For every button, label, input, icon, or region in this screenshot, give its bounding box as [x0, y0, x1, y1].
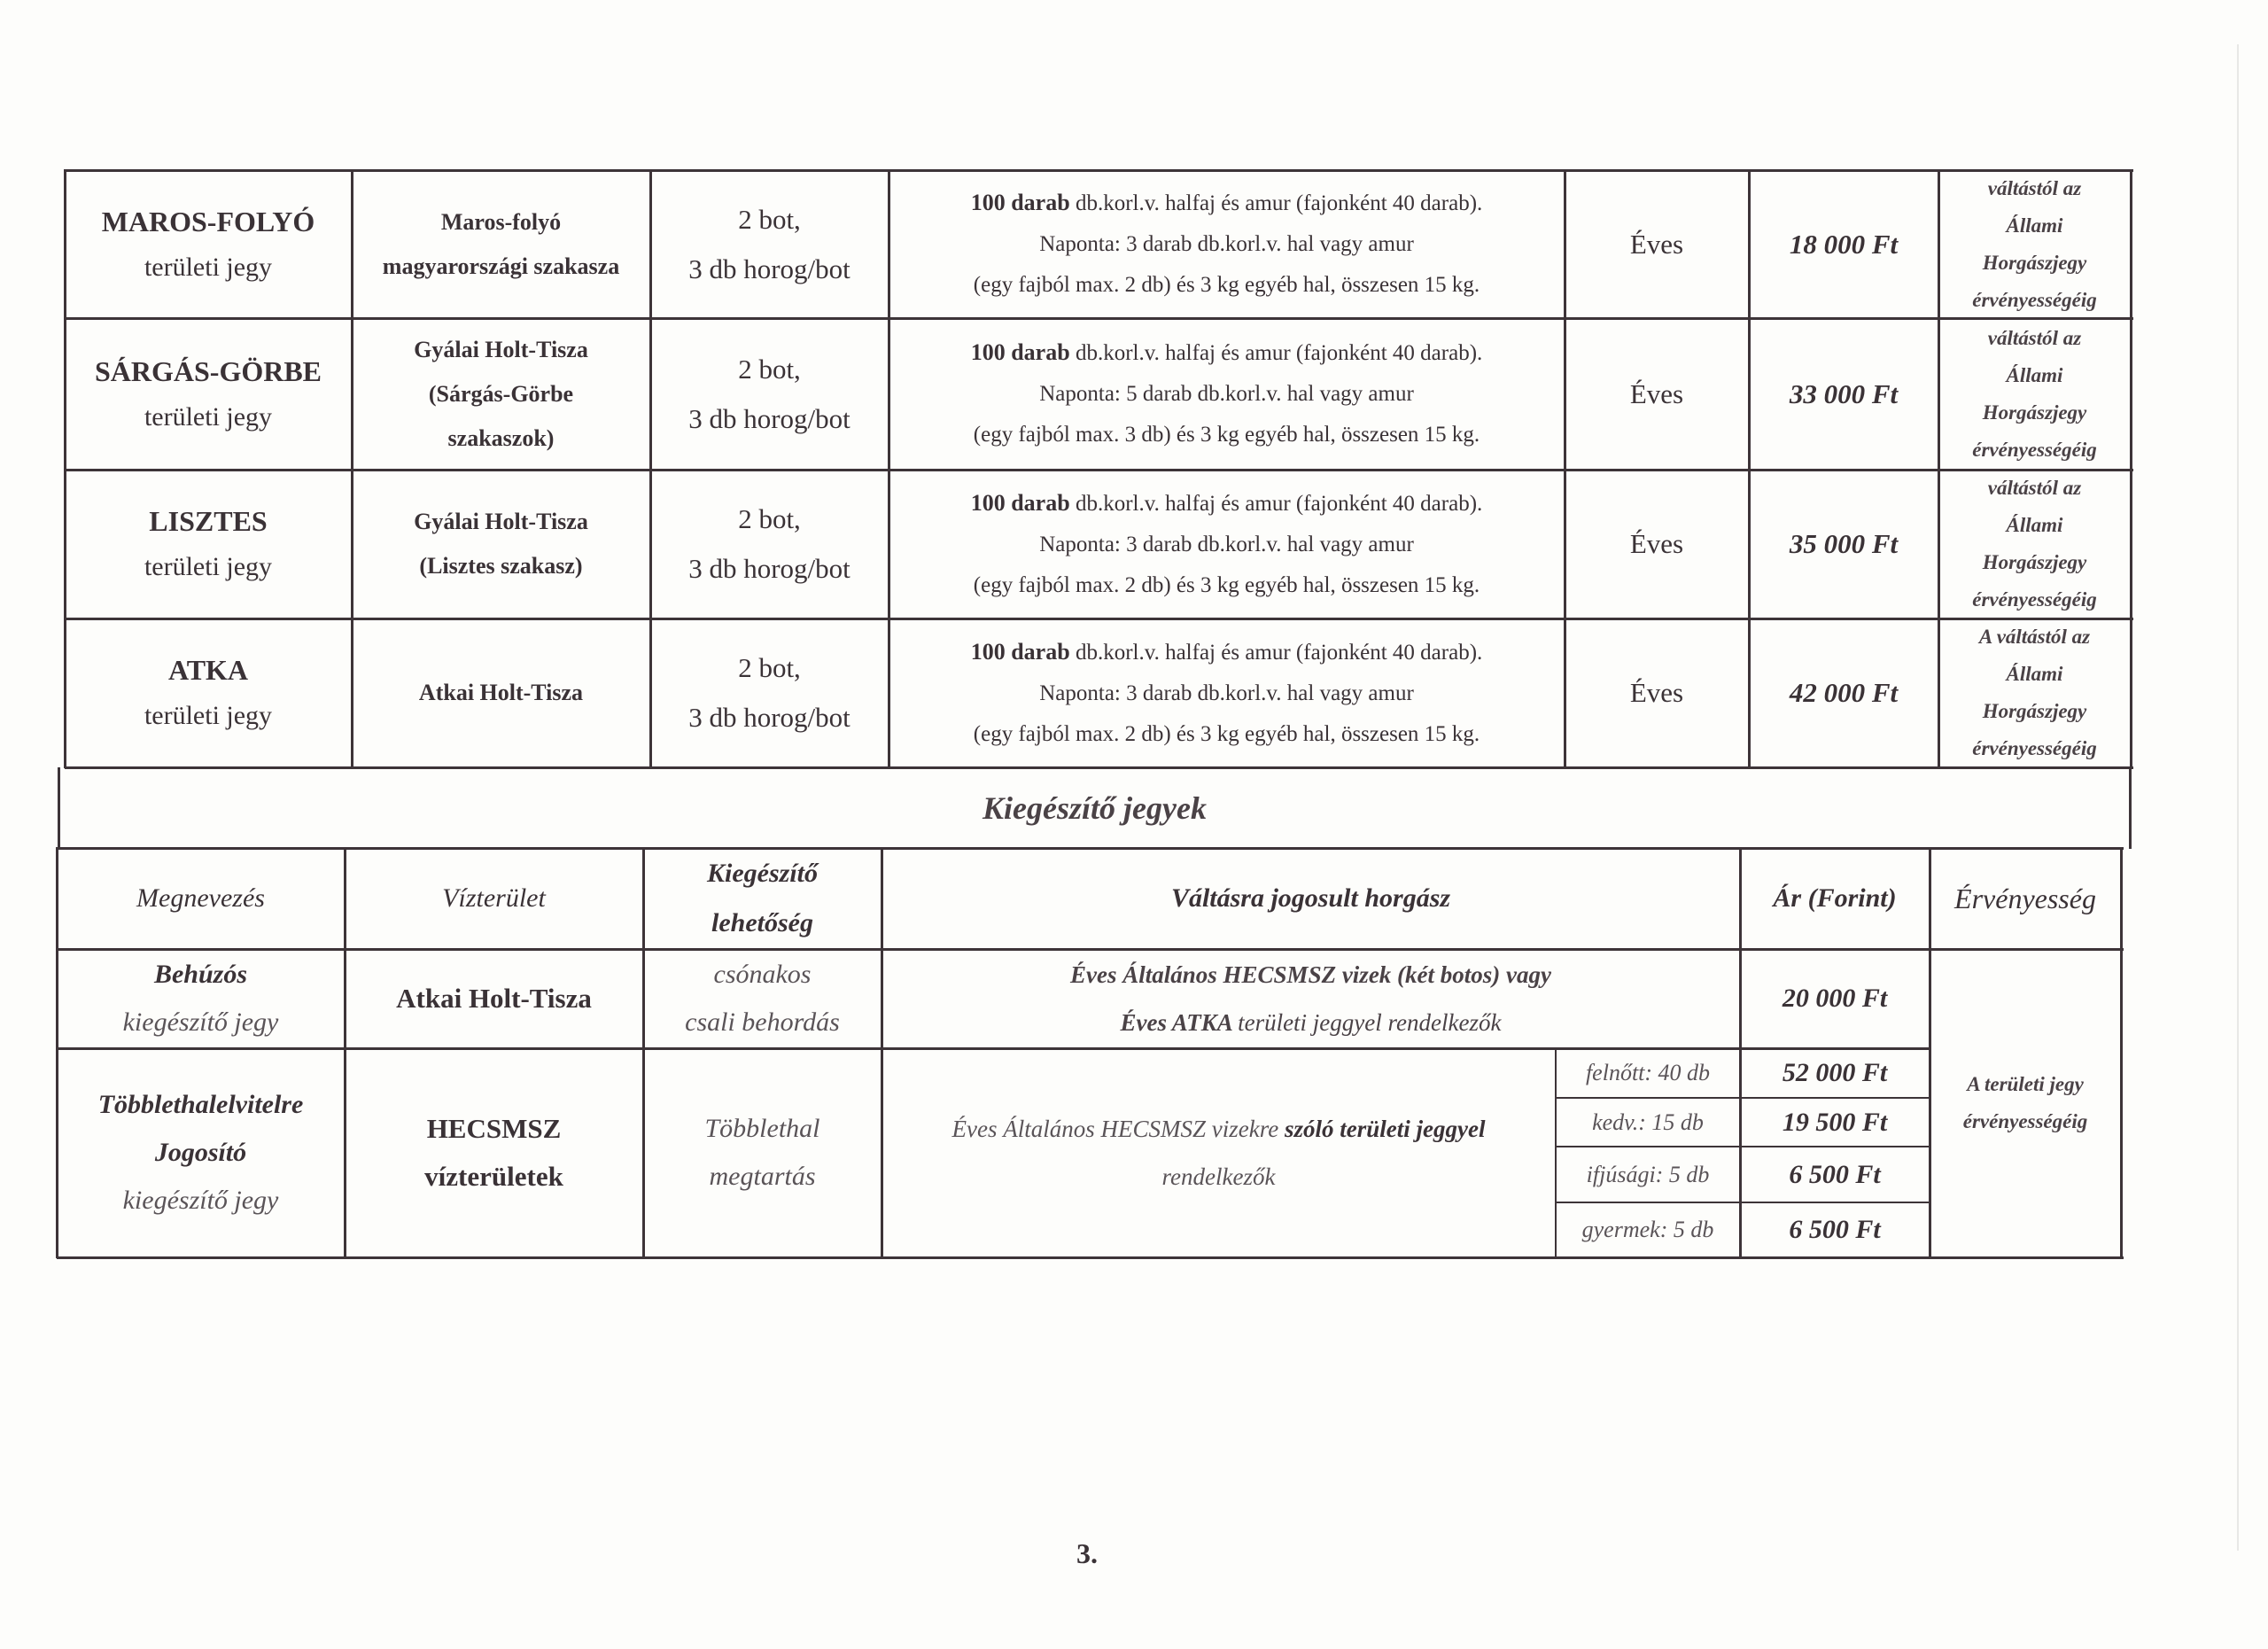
tier-price-cell: 52 000 Ft [1740, 1048, 1930, 1098]
tier-label: felnőtt: 40 db [1586, 1060, 1710, 1086]
tier-price: 6 500 Ft [1789, 1215, 1880, 1245]
ticket-water-line: Atkai Holt-Tisza [419, 671, 583, 715]
limit-line2: Naponta: 3 darab db.korl.v. hal vagy amu… [1039, 525, 1414, 565]
ticket-period-cell: Éves [1565, 318, 1749, 470]
ticket-validity-line: érvényességéig [1972, 581, 2097, 618]
row-tobblethal-eligible: Éves Általános HECSMSZ vizekre szóló ter… [882, 1048, 1556, 1257]
ticket-period: Éves [1630, 677, 1683, 709]
limit-text: db.korl.v. halfaj és amur (fajonként 40 … [1076, 341, 1482, 365]
limit-bold: 100 darab [971, 490, 1070, 516]
tier-label: ifjúsági: 5 db [1587, 1162, 1710, 1188]
ticket-price-cell: 18 000 Ft [1749, 170, 1938, 318]
ticket-period-cell: Éves [1565, 618, 1749, 767]
ticket-rods-cell: 2 bot,3 db horog/bot [650, 618, 889, 767]
tier-label: kedv.: 15 db [1592, 1109, 1704, 1136]
ticket-validity-cell: váltástól azÁllamiHorgászjegyérvényesség… [1938, 170, 2131, 318]
ticket-period-cell: Éves [1565, 470, 1749, 618]
validity-line2: érvényességéig [1963, 1103, 2088, 1140]
limit-line3: (egy fajból max. 2 db) és 3 kg egyéb hal… [974, 714, 1480, 755]
eligible-post: területi jeggyel rendelkezők [1238, 1009, 1501, 1036]
limit-line3: (egy fajból max. 2 db) és 3 kg egyéb hal… [974, 565, 1480, 606]
header-option-line1: Kiegészítő [707, 849, 818, 898]
header-water: Vízterület [345, 848, 643, 949]
ticket-validity-cell: A váltástól azÁllamiHorgászjegyérvényess… [1938, 618, 2131, 767]
row-tobblethal-water: HECSMSZ vízterületek [345, 1048, 643, 1257]
ticket-price: 33 000 Ft [1790, 378, 1898, 410]
ticket-rods-line: 3 db horog/bot [688, 245, 850, 294]
ticket-water-cell: Gyálai Holt-Tisza(Sárgás-Görbeszakaszok) [352, 318, 650, 470]
behuzos-eligible-line1: Éves Általános HECSMSZ vizek (két botos)… [1070, 951, 1551, 999]
behuzos-option-line2: csali behordás [685, 999, 840, 1046]
ticket-rods-cell: 2 bot,3 db horog/bot [650, 318, 889, 470]
supplementary-validity: A területi jegy érvényességéig [1930, 949, 2121, 1257]
row-behuzos-name: Behúzós kiegészítő jegy [57, 949, 345, 1048]
ticket-validity-line: Állami [2007, 656, 2063, 693]
limit-line2: Naponta: 5 darab db.korl.v. hal vagy amu… [1039, 374, 1414, 415]
tier-label-cell: gyermek: 5 db [1556, 1202, 1740, 1257]
limit-line1: 100 darab db.korl.v. halfaj és amur (faj… [971, 632, 1483, 673]
validity-line1: A területi jegy [1967, 1066, 2084, 1103]
ticket-price: 18 000 Ft [1790, 229, 1898, 261]
row-tobblethal-name: Többlethalelvitelre Jogosító kiegészítő … [57, 1048, 345, 1257]
ticket-limits-cell: 100 darab db.korl.v. halfaj és amur (faj… [889, 618, 1565, 767]
ticket-validity-line: váltástól az [1988, 170, 2081, 207]
ticket-rods-line: 2 bot, [738, 345, 801, 394]
header-option: Kiegészítő lehetőség [643, 848, 882, 949]
scan-edge [2237, 44, 2239, 1551]
ticket-period: Éves [1630, 528, 1683, 560]
tier-price: 52 000 Ft [1783, 1058, 1887, 1088]
section-header: Kiegészítő jegyek [58, 767, 2131, 848]
ticket-validity-line: Horgászjegy [1983, 544, 2087, 581]
tobblethal-title-line1: Többlethalelvitelre [98, 1081, 304, 1129]
ticket-limits-cell: 100 darab db.korl.v. halfaj és amur (faj… [889, 470, 1565, 618]
ticket-rods-line: 3 db horog/bot [688, 394, 850, 444]
ticket-validity-line: Horgászjegy [1983, 245, 2087, 282]
behuzos-water: Atkai Holt-Tisza [396, 975, 592, 1023]
tier-price-cell: 6 500 Ft [1740, 1147, 1930, 1202]
tier-price-cell: 19 500 Ft [1740, 1098, 1930, 1147]
tier-price: 6 500 Ft [1789, 1160, 1880, 1190]
limit-line3: (egy fajból max. 3 db) és 3 kg egyéb hal… [974, 415, 1480, 455]
ticket-type: területi jegy [144, 394, 272, 440]
behuzos-title: Behúzós [154, 951, 247, 999]
ticket-validity-line: Állami [2007, 507, 2063, 544]
limit-text: db.korl.v. halfaj és amur (fajonként 40 … [1076, 191, 1482, 215]
ticket-validity-line: Állami [2007, 207, 2063, 245]
limit-text: db.korl.v. halfaj és amur (fajonként 40 … [1076, 492, 1482, 516]
page-number: 3. [1076, 1537, 1098, 1570]
ticket-water-line: Maros-folyó [441, 200, 561, 245]
ticket-name: ATKA [168, 647, 248, 693]
ticket-rods-cell: 2 bot,3 db horog/bot [650, 470, 889, 618]
ticket-rods-line: 3 db horog/bot [688, 693, 850, 743]
eligible-bold: ATKA [1172, 1009, 1232, 1036]
ticket-name: LISZTES [149, 498, 267, 544]
ticket-name-cell: MAROS-FOLYÓterületi jegy [65, 170, 352, 318]
ticket-period-cell: Éves [1565, 170, 1749, 318]
ticket-validity-line: érvényességéig [1972, 730, 2097, 767]
tobblethal-water-line1: HECSMSZ [427, 1105, 562, 1153]
ticket-validity-line: váltástól az [1988, 320, 2081, 357]
header-price-text: Ár (Forint) [1773, 874, 1896, 923]
tobblethal-water-line2: vízterületek [424, 1153, 563, 1201]
tier-label-cell: kedv.: 15 db [1556, 1098, 1740, 1147]
limit-bold: 100 darab [971, 190, 1070, 215]
limit-line1: 100 darab db.korl.v. halfaj és amur (faj… [971, 332, 1483, 374]
ticket-type: területi jegy [144, 245, 272, 291]
ticket-rods-cell: 2 bot,3 db horog/bot [650, 170, 889, 318]
ticket-validity-cell: váltástól azÁllamiHorgászjegyérvényesség… [1938, 318, 2131, 470]
row-behuzos-price: 20 000 Ft [1740, 949, 1930, 1048]
ticket-name: SÁRGÁS-GÖRBE [95, 348, 322, 394]
ticket-validity-line: Horgászjegy [1983, 394, 2087, 432]
ticket-price-cell: 42 000 Ft [1749, 618, 1938, 767]
ticket-period: Éves [1630, 229, 1683, 261]
eligible-bold: szóló területi jeggyel [1285, 1116, 1485, 1142]
ticket-price: 42 000 Ft [1790, 677, 1898, 709]
header-option-line2: lehetőség [711, 898, 813, 948]
ticket-water-line: magyarországi szakasza [383, 245, 619, 289]
ticket-validity-line: érvényességéig [1972, 432, 2097, 469]
tobblethal-eligible-line2: rendelkezők [1162, 1153, 1276, 1201]
ticket-validity-line: érvényességéig [1972, 282, 2097, 319]
ticket-name: MAROS-FOLYÓ [102, 198, 315, 245]
tobblethal-subtitle: kiegészítő jegy [123, 1177, 279, 1225]
tobblethal-option-line2: megtartás [710, 1153, 816, 1201]
row-behuzos-eligible: Éves Általános HECSMSZ vizek (két botos)… [882, 949, 1740, 1048]
row-behuzos-option: csónakos csali behordás [643, 949, 882, 1048]
eligible-pre: Éves Általános HECSMSZ vizekre [952, 1116, 1279, 1142]
limit-line3: (egy fajból max. 2 db) és 3 kg egyéb hal… [974, 265, 1480, 306]
ticket-type: területi jegy [144, 544, 272, 590]
tier-price-cell: 6 500 Ft [1740, 1202, 1930, 1257]
ticket-rods-line: 2 bot, [738, 643, 801, 693]
eligible-pre: Éves [1121, 1009, 1167, 1036]
ticket-type: területi jegy [144, 693, 272, 739]
ticket-water-line: (Sárgás-Görbe [429, 372, 573, 416]
ticket-water-cell: Maros-folyómagyarországi szakasza [352, 170, 650, 318]
ticket-name-cell: LISZTESterületi jegy [65, 470, 352, 618]
row-tobblethal-option: Többlethal megtartás [643, 1048, 882, 1257]
limit-line1: 100 darab db.korl.v. halfaj és amur (faj… [971, 483, 1483, 525]
ticket-validity-line: Állami [2007, 357, 2063, 394]
ticket-rods-line: 3 db horog/bot [688, 544, 850, 594]
ticket-name-cell: SÁRGÁS-GÖRBEterületi jegy [65, 318, 352, 470]
limit-text: db.korl.v. halfaj és amur (fajonként 40 … [1076, 641, 1482, 665]
behuzos-price: 20 000 Ft [1783, 984, 1887, 1014]
header-validity: Érvényesség [1930, 848, 2121, 949]
behuzos-subtitle: kiegészítő jegy [123, 999, 279, 1046]
tier-label-cell: ifjúsági: 5 db [1556, 1147, 1740, 1202]
limit-line2: Naponta: 3 darab db.korl.v. hal vagy amu… [1039, 673, 1414, 714]
header-eligible: Váltásra jogosult horgász [882, 848, 1740, 949]
ticket-water-line: Gyálai Holt-Tisza [414, 328, 588, 372]
behuzos-option-line1: csónakos [714, 951, 812, 999]
ticket-validity-cell: váltástól azÁllamiHorgászjegyérvényesség… [1938, 470, 2131, 618]
section-title: Kiegészítő jegyek [983, 789, 1207, 827]
ticket-period: Éves [1630, 378, 1683, 410]
limit-bold: 100 darab [971, 339, 1070, 365]
header-eligible-text: Váltásra jogosult horgász [1171, 874, 1450, 923]
ticket-water-cell: Gyálai Holt-Tisza(Lisztes szakasz) [352, 470, 650, 618]
ticket-price-cell: 33 000 Ft [1749, 318, 1938, 470]
header-name: Megnevezés [57, 848, 345, 949]
ticket-price-cell: 35 000 Ft [1749, 470, 1938, 618]
ticket-limits-cell: 100 darab db.korl.v. halfaj és amur (faj… [889, 170, 1565, 318]
ticket-rods-line: 2 bot, [738, 195, 801, 245]
ticket-validity-line: A váltástól az [1979, 618, 2090, 656]
tier-label: gyermek: 5 db [1582, 1217, 1714, 1243]
ticket-limits-cell: 100 darab db.korl.v. halfaj és amur (faj… [889, 318, 1565, 470]
tier-price: 19 500 Ft [1783, 1108, 1887, 1138]
limit-bold: 100 darab [971, 639, 1070, 665]
ticket-name-cell: ATKAterületi jegy [65, 618, 352, 767]
header-name-text: Megnevezés [136, 874, 265, 923]
ticket-water-line: szakaszok) [448, 416, 555, 461]
ticket-water-line: (Lisztes szakasz) [419, 544, 582, 588]
ticket-rods-line: 2 bot, [738, 494, 801, 544]
header-price: Ár (Forint) [1740, 848, 1930, 949]
tobblethal-option-line1: Többlethal [704, 1105, 819, 1153]
ticket-validity-line: Horgászjegy [1983, 693, 2087, 730]
row-behuzos-water: Atkai Holt-Tisza [345, 949, 643, 1048]
limit-line1: 100 darab db.korl.v. halfaj és amur (faj… [971, 183, 1483, 224]
tier-label-cell: felnőtt: 40 db [1556, 1048, 1740, 1098]
header-validity-text: Érvényesség [1954, 874, 2096, 923]
ticket-water-cell: Atkai Holt-Tisza [352, 618, 650, 767]
behuzos-eligible-line2: Éves ATKA területi jeggyel rendelkezők [1121, 999, 1502, 1046]
ticket-water-line: Gyálai Holt-Tisza [414, 500, 588, 544]
tobblethal-title-line2: Jogosító [155, 1129, 246, 1177]
ticket-price: 35 000 Ft [1790, 528, 1898, 560]
tobblethal-eligible-line1: Éves Általános HECSMSZ vizekre szóló ter… [952, 1105, 1486, 1153]
ticket-validity-line: váltástól az [1988, 470, 2081, 507]
header-water-text: Vízterület [442, 874, 546, 923]
limit-line2: Naponta: 3 darab db.korl.v. hal vagy amu… [1039, 224, 1414, 265]
